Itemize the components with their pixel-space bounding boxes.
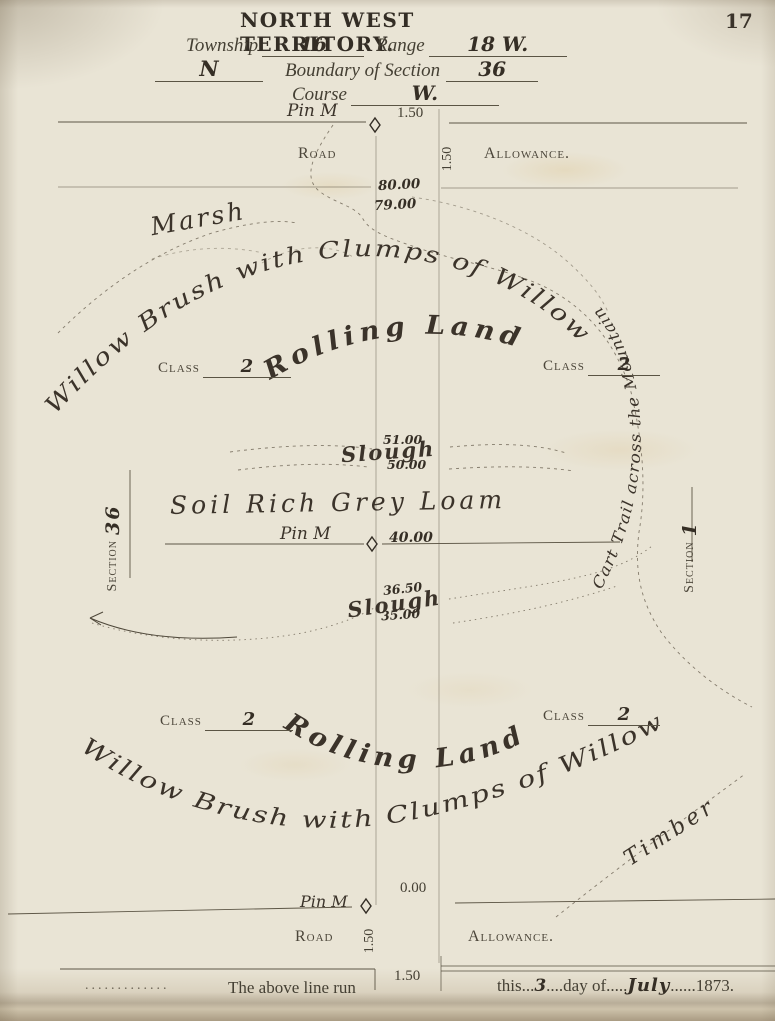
range-value: 18 W.	[429, 32, 567, 57]
footer-date-row: this ... 3 .... day of ..... July ......…	[497, 975, 734, 996]
footer-dots-c: .....	[606, 976, 627, 996]
pin-marker-mid-icon	[367, 537, 377, 551]
class-right-top-value: 2	[588, 354, 660, 376]
road-top-label: Road	[298, 145, 337, 163]
rolling-top-text: Rolling Land	[258, 311, 528, 387]
allowance-bottom-label: Allowance.	[468, 928, 554, 946]
class-left-bottom-label: Class	[160, 713, 202, 730]
class-left-bottom-value: 2	[205, 709, 293, 731]
section-left: Section 36	[100, 463, 126, 633]
township-value: 16	[262, 32, 364, 57]
class-left-top: Class 2	[158, 356, 291, 378]
footer-leader-dots: .............	[85, 978, 170, 994]
bottom-pin-line-right	[455, 899, 775, 903]
class-right-bottom-value: 2	[588, 704, 660, 726]
boundary-section-value: 36	[446, 57, 538, 82]
slough-lower-edge-3	[453, 586, 617, 623]
township-label: Township	[186, 35, 258, 57]
footer-this-label: this	[497, 976, 522, 996]
cart-trail-text: Cart Trail across the Mountain	[588, 303, 644, 592]
footer-dots-a: ...	[522, 976, 535, 996]
section-right-label: Section	[682, 541, 698, 592]
boundary-direction-value: N	[155, 56, 263, 82]
slough-upper-edge-4	[449, 467, 574, 471]
section-left-label: Section	[105, 540, 121, 591]
footer-year-value: 1873.	[696, 976, 734, 996]
pin-top-label: Pin M	[287, 101, 338, 121]
pin-marker-bottom-icon	[361, 899, 371, 913]
rolling-bottom-text: Rolling Land	[278, 707, 531, 775]
boundary-label: Boundary of Section	[285, 60, 440, 82]
chainage-79: 79.00	[374, 196, 417, 214]
pin-top-value: 1.50	[397, 105, 423, 122]
road-bottom-label: Road	[295, 928, 334, 946]
pin-bottom-value: 0.00	[400, 880, 426, 897]
class-right-top: Class 2	[543, 354, 660, 376]
footer-left-text: The above line run	[228, 978, 356, 998]
rolling-bottom-label: Rolling Land	[278, 707, 531, 775]
pin-bottom-label: Pin M	[300, 892, 348, 911]
road-bottom-width: 1.50	[363, 922, 377, 960]
allowance-top-label: Allowance.	[484, 145, 570, 163]
footer-dots-d: ......	[670, 976, 696, 996]
footer-day-value: 3	[534, 976, 546, 996]
slough-lower-below: 35.00	[381, 606, 421, 624]
class-left-top-label: Class	[158, 360, 200, 377]
rolling-top-label: Rolling Land	[258, 311, 528, 387]
class-right-bottom-label: Class	[543, 708, 585, 725]
class-left-top-value: 2	[203, 356, 291, 378]
footer-dots-b: ....	[546, 976, 563, 996]
class-right-bottom: Class 2	[543, 704, 660, 726]
pin-marker-top-icon	[370, 118, 380, 132]
section-left-value: 36	[102, 505, 124, 535]
footer-month-value: July	[627, 975, 670, 996]
footer-dayof-label: day of	[563, 976, 606, 996]
chainage-bottom-150: 1.50	[394, 968, 420, 985]
slough-upper-below: 50.00	[387, 457, 426, 472]
range-label: Range	[376, 35, 425, 57]
pin-mid-value: 40.00	[389, 530, 433, 546]
class-right-top-label: Class	[543, 358, 585, 375]
cart-trail-label: Cart Trail across the Mountain	[588, 303, 644, 592]
road-top-width: 1.50	[441, 140, 455, 178]
page-number: 17	[725, 9, 753, 33]
section-right-value: 1	[679, 523, 701, 536]
class-left-bottom: Class 2	[160, 709, 293, 731]
course-value: W.	[351, 81, 499, 106]
bottom-rule-right	[441, 966, 775, 971]
slough-upper-edge-3	[450, 445, 566, 453]
section-right: Section 1	[677, 473, 703, 643]
chainage-80: 80.00	[378, 176, 421, 194]
township-range-row: Township 16 Range 18 W.	[186, 32, 567, 57]
boundary-row: N Boundary of Section 36	[155, 56, 538, 82]
soil-label: Soil Rich Grey Loam	[170, 485, 507, 520]
survey-field-book-page: Willow Brush with Clumps of Willow Rolli…	[0, 0, 775, 1021]
slough-lower-edge-1	[92, 603, 383, 640]
pin-mid-label: Pin M	[280, 524, 331, 544]
